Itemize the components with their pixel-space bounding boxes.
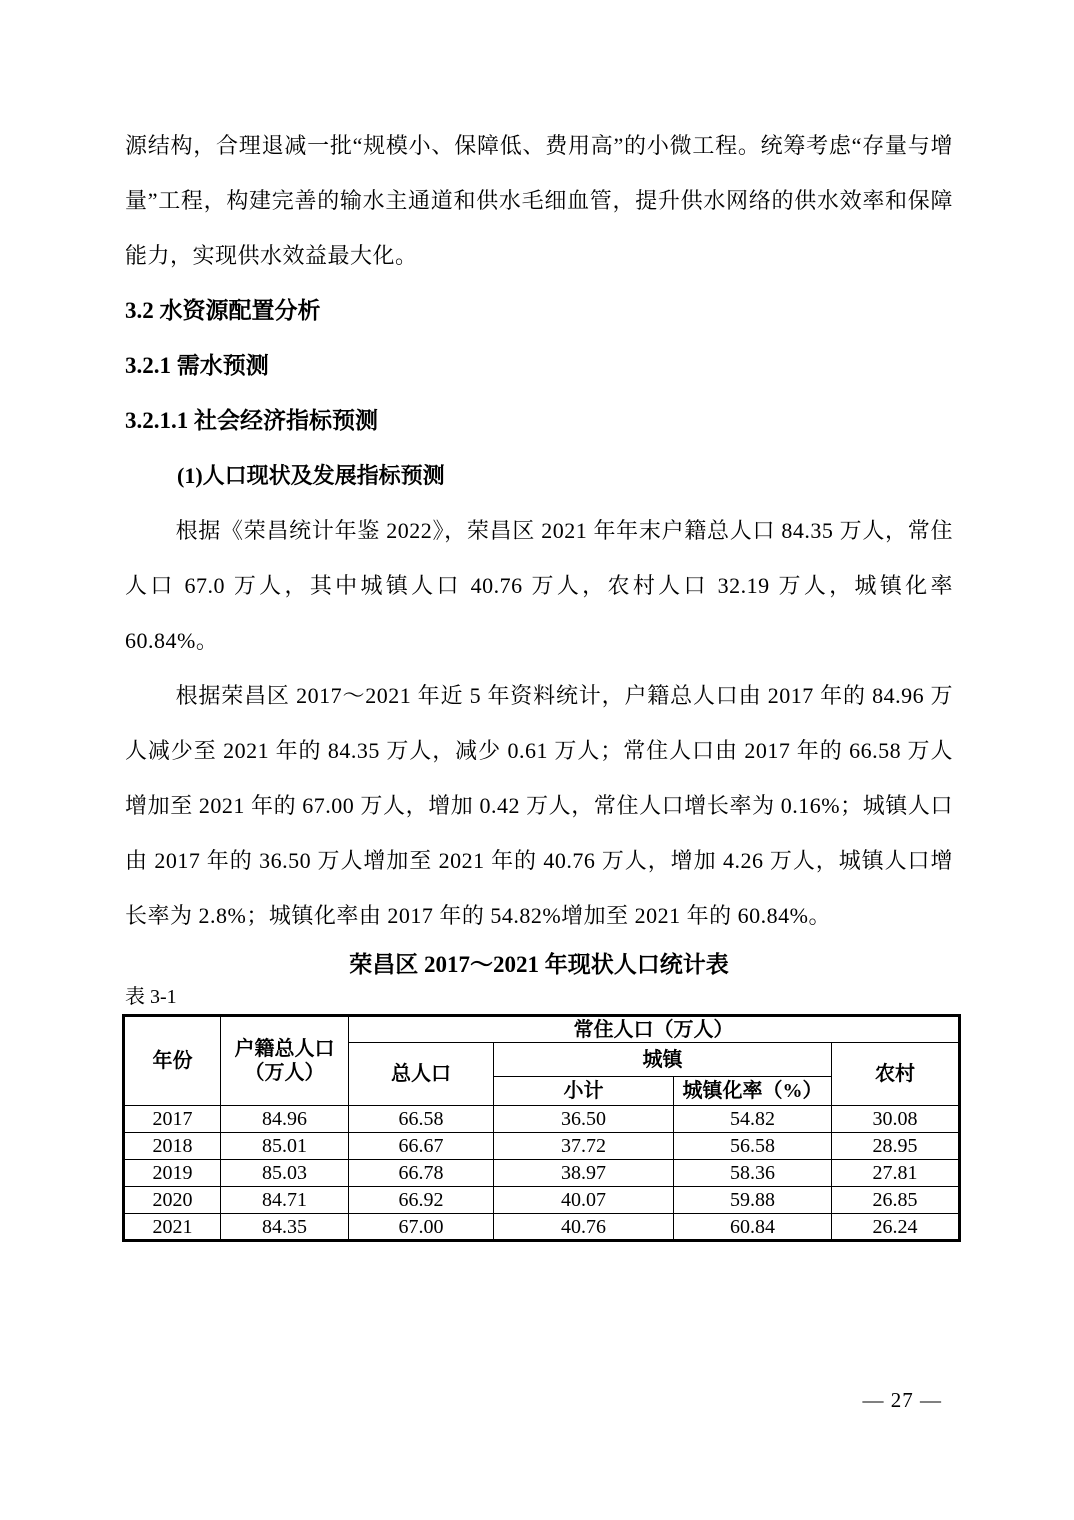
cell-urbanization-rate: 59.88 xyxy=(674,1187,832,1214)
cell-urban-subtotal: 40.76 xyxy=(494,1214,674,1241)
cell-registered: 85.03 xyxy=(221,1160,349,1187)
table-row: 2021 84.35 67.00 40.76 60.84 26.24 xyxy=(124,1214,960,1241)
cell-registered: 84.96 xyxy=(221,1106,349,1133)
cell-urbanization-rate: 54.82 xyxy=(674,1106,832,1133)
paragraph-continuation: 源结构，合理退减一批“规模小、保障低、费用高”的小微工程。统筹考虑“存量与增量”… xyxy=(125,118,953,283)
cell-resident-total: 66.92 xyxy=(349,1187,494,1214)
heading-3-2-1: 3.2.1 需水预测 xyxy=(125,338,953,393)
cell-urban-subtotal: 40.07 xyxy=(494,1187,674,1214)
cell-resident-total: 66.78 xyxy=(349,1160,494,1187)
heading-item-1: (1)人口现状及发展指标预测 xyxy=(125,448,953,503)
paragraph-trend-2017-2021: 根据荣昌区 2017～2021 年近 5 年资料统计，户籍总人口由 2017 年… xyxy=(125,668,953,943)
cell-resident-total: 66.67 xyxy=(349,1133,494,1160)
cell-rural: 27.81 xyxy=(832,1160,960,1187)
population-table: 年份 户籍总人口（万人） 常住人口（万人） 总人口 城镇 农村 小计 城镇化率（… xyxy=(122,1014,961,1242)
table-title: 荣昌区 2017～2021 年现状人口统计表 xyxy=(125,949,953,981)
cell-resident-total: 66.58 xyxy=(349,1106,494,1133)
paragraph-census-2021: 根据《荣昌统计年鉴 2022》，荣昌区 2021 年年末户籍总人口 84.35 … xyxy=(125,503,953,668)
header-registered-population: 户籍总人口（万人） xyxy=(221,1016,349,1106)
page-number: — 27 — xyxy=(863,1388,943,1413)
cell-urban-subtotal: 36.50 xyxy=(494,1106,674,1133)
cell-year: 2020 xyxy=(124,1187,221,1214)
table-row: 2018 85.01 66.67 37.72 56.58 28.95 xyxy=(124,1133,960,1160)
document-page: 源结构，合理退减一批“规模小、保障低、费用高”的小微工程。统筹考虑“存量与增量”… xyxy=(0,0,1074,1520)
heading-3-2-1-1: 3.2.1.1 社会经济指标预测 xyxy=(125,393,953,448)
header-urban-group: 城镇 xyxy=(494,1043,832,1077)
table-row: 2017 84.96 66.58 36.50 54.82 30.08 xyxy=(124,1106,960,1133)
cell-registered: 85.01 xyxy=(221,1133,349,1160)
table-label: 表 3-1 xyxy=(125,983,953,1011)
cell-urban-subtotal: 38.97 xyxy=(494,1160,674,1187)
header-urban-subtotal: 小计 xyxy=(494,1077,674,1106)
table-row: 2019 85.03 66.78 38.97 58.36 27.81 xyxy=(124,1160,960,1187)
heading-3-2: 3.2 水资源配置分析 xyxy=(125,283,953,338)
cell-registered: 84.71 xyxy=(221,1187,349,1214)
cell-rural: 28.95 xyxy=(832,1133,960,1160)
cell-urbanization-rate: 60.84 xyxy=(674,1214,832,1241)
cell-urbanization-rate: 58.36 xyxy=(674,1160,832,1187)
cell-resident-total: 67.00 xyxy=(349,1214,494,1241)
cell-year: 2018 xyxy=(124,1133,221,1160)
table-row: 2020 84.71 66.92 40.07 59.88 26.85 xyxy=(124,1187,960,1214)
cell-rural: 26.85 xyxy=(832,1187,960,1214)
cell-urban-subtotal: 37.72 xyxy=(494,1133,674,1160)
header-urbanization-rate: 城镇化率（%） xyxy=(674,1077,832,1106)
cell-rural: 30.08 xyxy=(832,1106,960,1133)
header-year: 年份 xyxy=(124,1016,221,1106)
cell-year: 2017 xyxy=(124,1106,221,1133)
header-resident-total: 总人口 xyxy=(349,1043,494,1106)
header-resident-population-group: 常住人口（万人） xyxy=(349,1016,960,1043)
header-rural: 农村 xyxy=(832,1043,960,1106)
cell-rural: 26.24 xyxy=(832,1214,960,1241)
cell-urbanization-rate: 56.58 xyxy=(674,1133,832,1160)
cell-year: 2021 xyxy=(124,1214,221,1241)
cell-registered: 84.35 xyxy=(221,1214,349,1241)
cell-year: 2019 xyxy=(124,1160,221,1187)
page-content: 源结构，合理退减一批“规模小、保障低、费用高”的小微工程。统筹考虑“存量与增量”… xyxy=(125,118,953,1242)
